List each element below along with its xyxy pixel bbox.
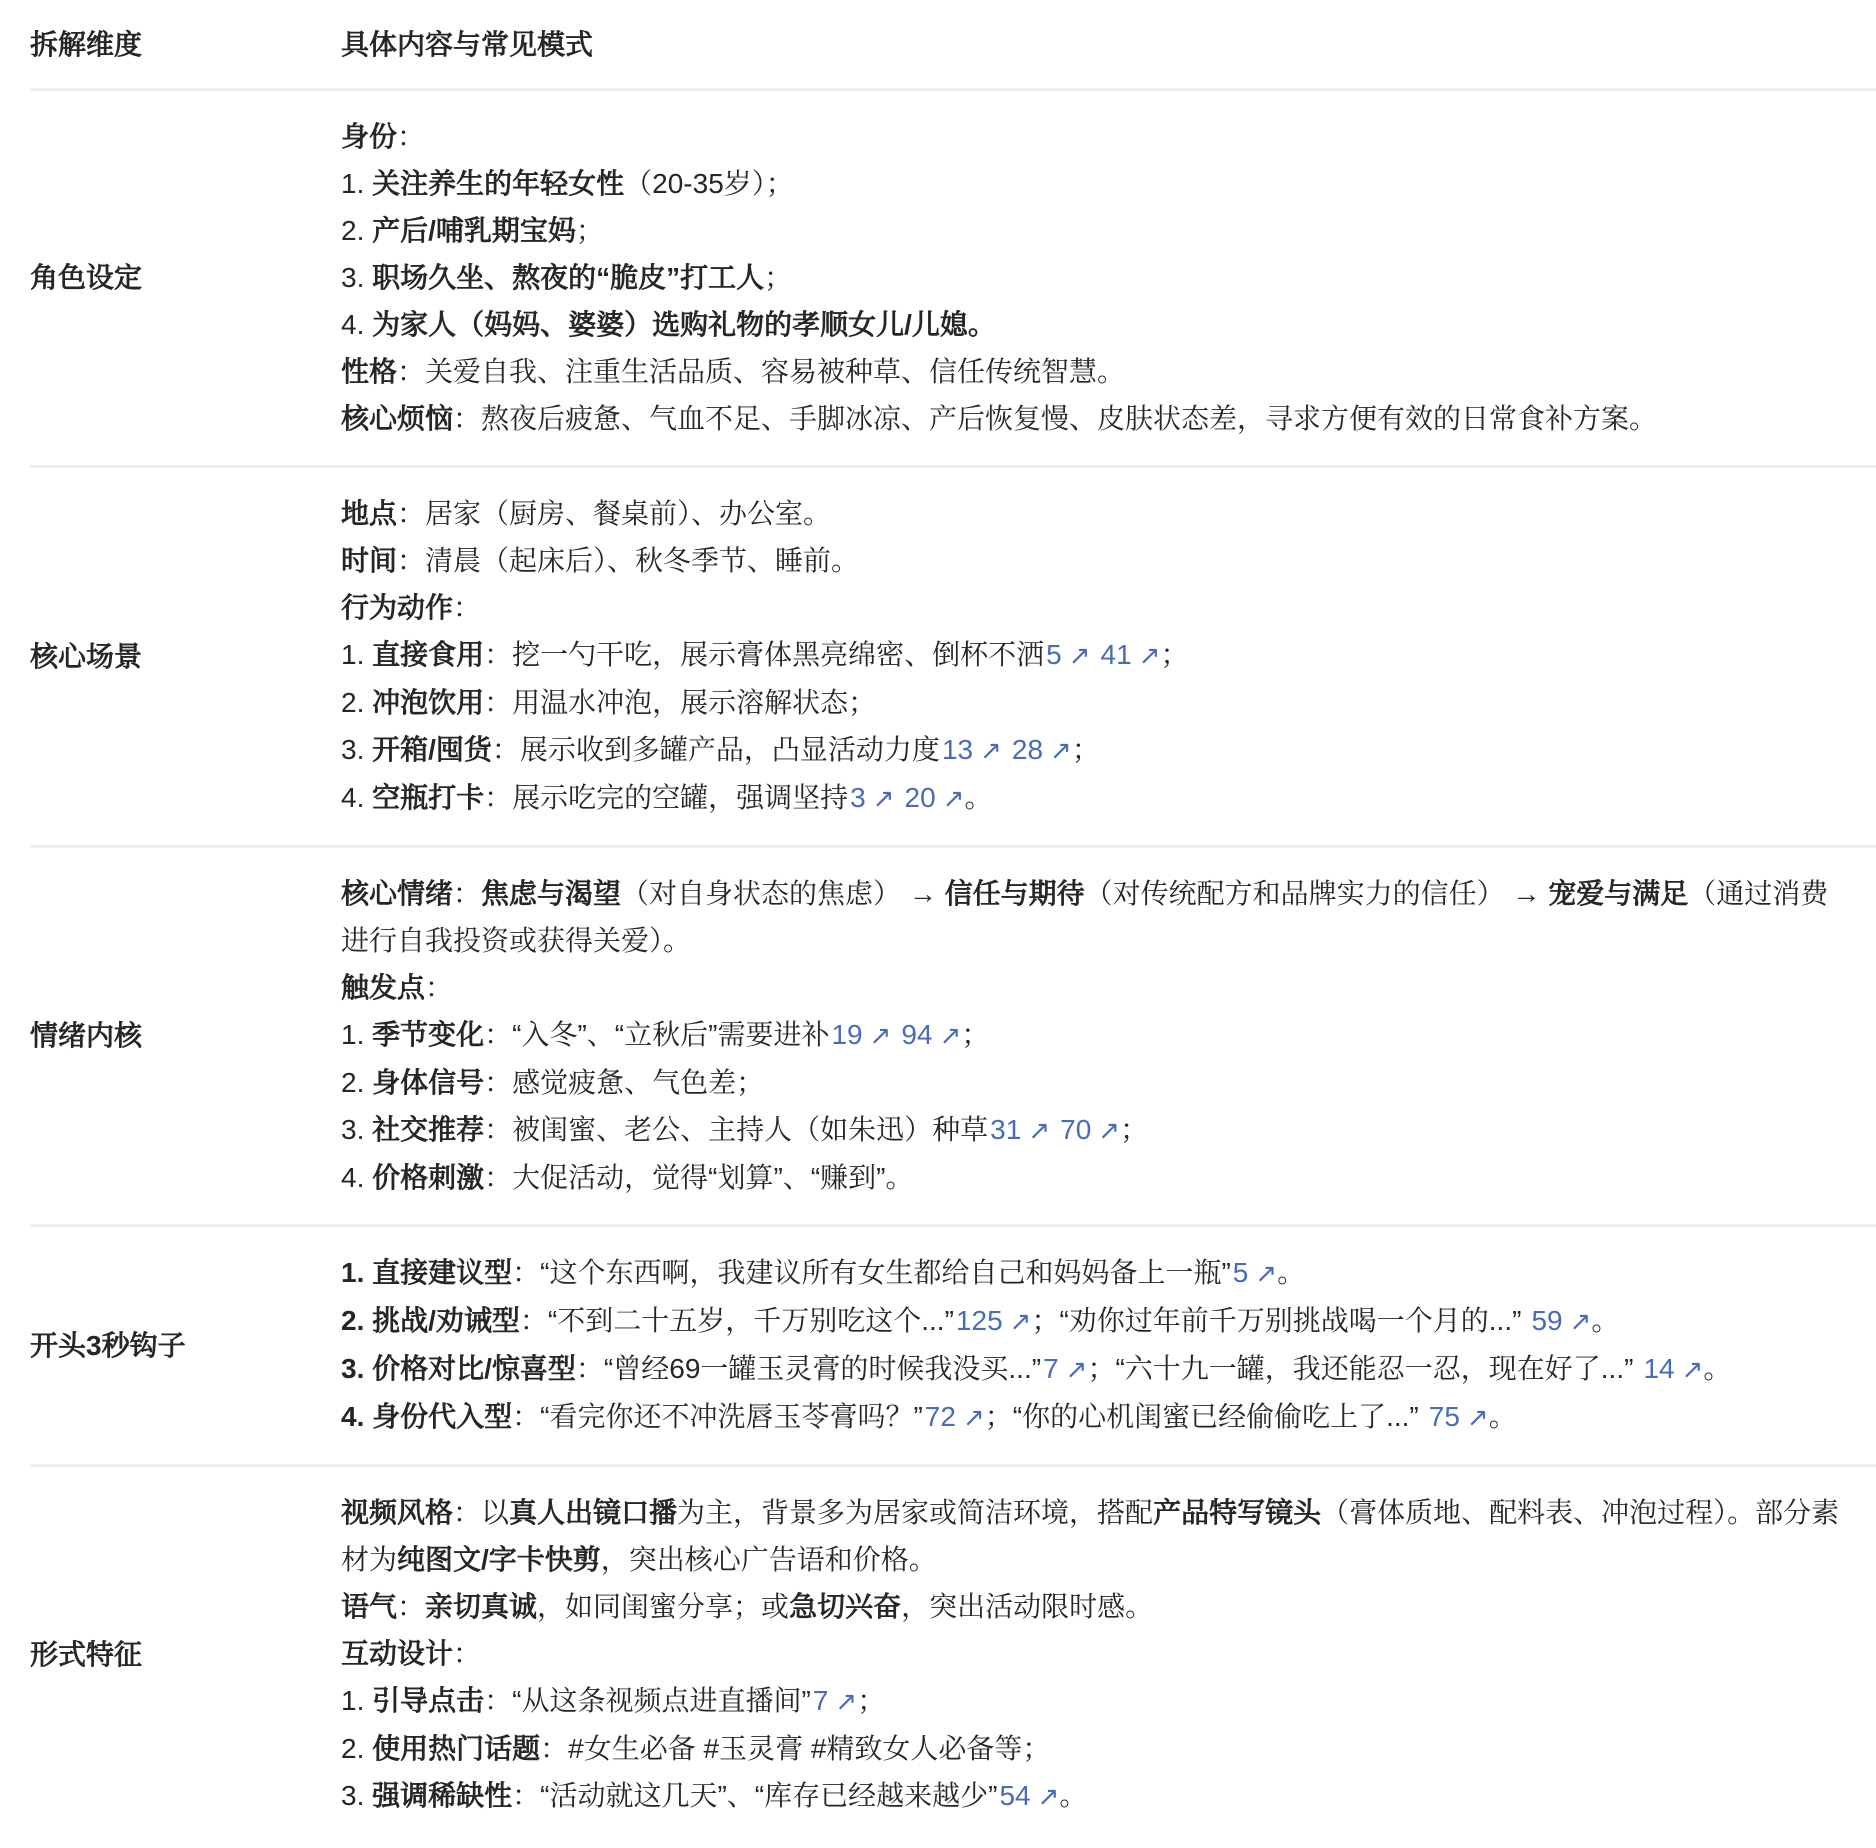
content-paragraph: 2. 挑战/劝诫型：“不到二十五岁，千万别吃这个...”125↗；“劝你过年前千… bbox=[341, 1297, 1846, 1345]
bold-term: 关注养生的年轻女性 bbox=[372, 168, 624, 199]
content-paragraph: 2. 冲泡饮用：用温水冲泡，展示溶解状态； bbox=[341, 679, 1846, 726]
external-link-arrow-icon: ↗ bbox=[1467, 1402, 1489, 1432]
external-link-arrow-icon: ↗ bbox=[1682, 1354, 1704, 1384]
citation-link[interactable]: 70↗ bbox=[1060, 1114, 1120, 1145]
bold-term: 强调稀缺性 bbox=[372, 1780, 512, 1811]
external-link-arrow-icon: ↗ bbox=[940, 1020, 962, 1050]
bold-term: 宠爱与满足 bbox=[1548, 878, 1688, 909]
citation-link[interactable]: 7↗ bbox=[813, 1685, 857, 1716]
table-row: 形式特征视频风格：以真人出镜口播为主，背景多为居家或简洁环境，搭配产品特写镜头（… bbox=[30, 1464, 1876, 1843]
external-link-arrow-icon: ↗ bbox=[1255, 1258, 1277, 1288]
citation-number: 28 bbox=[1012, 734, 1043, 765]
content-cell: 地点：居家（厨房、餐桌前）、办公室。时间：清晨（起床后）、秋冬季节、睡前。行为动… bbox=[341, 490, 1876, 822]
content-paragraph: 行为动作： bbox=[341, 584, 1846, 631]
bold-term: 产品特写镜头 bbox=[1153, 1497, 1321, 1528]
content-cell: 核心情绪：焦虑与渴望（对自身状态的焦虑） → 信任与期待（对传统配方和品牌实力的… bbox=[341, 870, 1876, 1201]
table-body: 角色设定身份：1. 关注养生的年轻女性（20-35岁）；2. 产后/哺乳期宝妈；… bbox=[0, 88, 1876, 1843]
external-link-arrow-icon: ↗ bbox=[1028, 1115, 1050, 1145]
table-row: 角色设定身份：1. 关注养生的年轻女性（20-35岁）；2. 产后/哺乳期宝妈；… bbox=[30, 88, 1876, 465]
bold-term: 直接食用 bbox=[372, 639, 484, 670]
external-link-arrow-icon: ↗ bbox=[873, 783, 895, 813]
external-link-arrow-icon: ↗ bbox=[1066, 1354, 1088, 1384]
citation-link[interactable]: 28↗ bbox=[1012, 734, 1072, 765]
bold-term: 急切兴奋 bbox=[789, 1591, 901, 1622]
content-cell: 1. 直接建议型：“这个东西啊，我建议所有女生都给自己和妈妈备上一瓶”5↗。2.… bbox=[341, 1249, 1876, 1441]
bold-term: 时间 bbox=[341, 545, 397, 576]
content-paragraph: 4. 价格刺激：大促活动，觉得“划算”、“赚到”。 bbox=[341, 1154, 1846, 1201]
citation-link[interactable]: 13↗ bbox=[942, 734, 1002, 765]
content-paragraph: 4. 身份代入型：“看完你还不冲洗唇玉苓膏吗？”72↗；“你的心机闺蜜已经偷偷吃… bbox=[341, 1393, 1846, 1441]
citation-number: 54 bbox=[999, 1780, 1030, 1811]
dimension-cell: 角色设定 bbox=[30, 113, 341, 442]
bold-term: 价格刺激 bbox=[372, 1162, 484, 1193]
citation-link[interactable]: 3↗ bbox=[850, 782, 894, 813]
bold-term: 视频风格 bbox=[341, 1497, 453, 1528]
table-row: 开头3秒钩子1. 直接建议型：“这个东西啊，我建议所有女生都给自己和妈妈备上一瓶… bbox=[30, 1224, 1876, 1464]
content-paragraph: 1. 直接食用：挖一勺干吃，展示膏体黑亮绵密、倒杯不洒5↗41↗； bbox=[341, 631, 1846, 679]
bold-term: 开箱/囤货 bbox=[372, 734, 492, 765]
bold-term: 季节变化 bbox=[372, 1019, 484, 1050]
bold-term: 引导点击 bbox=[372, 1685, 484, 1716]
column-header-dimension: 拆解维度 bbox=[30, 21, 341, 68]
citation-link[interactable]: 41↗ bbox=[1101, 639, 1161, 670]
citation-link[interactable]: 19↗ bbox=[831, 1019, 891, 1050]
bold-term: 亲切真诚 bbox=[425, 1591, 537, 1622]
citation-link[interactable]: 75↗ bbox=[1429, 1401, 1489, 1432]
bold-term: 互动设计 bbox=[341, 1638, 453, 1669]
dimension-label: 情绪内核 bbox=[30, 1012, 142, 1059]
citation-link[interactable]: 94↗ bbox=[901, 1019, 961, 1050]
content-cell: 身份：1. 关注养生的年轻女性（20-35岁）；2. 产后/哺乳期宝妈；3. 职… bbox=[341, 113, 1876, 442]
citation-number: 41 bbox=[1101, 639, 1132, 670]
bold-term: 性格 bbox=[341, 356, 397, 387]
content-paragraph: 触发点： bbox=[341, 964, 1846, 1011]
dimension-label: 角色设定 bbox=[30, 254, 142, 301]
bold-term: 语气 bbox=[341, 1591, 397, 1622]
bold-term: 焦虑与渴望 bbox=[481, 878, 621, 909]
bold-term: 2. 挑战/劝诫型 bbox=[341, 1305, 520, 1336]
content-paragraph: 核心烦恼：熬夜后疲惫、气血不足、手脚冰凉、产后恢复慢、皮肤状态差，寻求方便有效的… bbox=[341, 395, 1846, 442]
bold-term: 行为动作 bbox=[341, 592, 453, 623]
bold-term: 核心情绪 bbox=[341, 878, 453, 909]
content-paragraph: 4. 空瓶打卡：展示吃完的空罐，强调坚持3↗20↗。 bbox=[341, 774, 1846, 822]
dimension-cell: 开头3秒钩子 bbox=[30, 1249, 341, 1441]
bold-term: 职场久坐、熬夜的“脆皮”打工人 bbox=[372, 262, 764, 293]
citation-number: 14 bbox=[1643, 1353, 1674, 1384]
table-row: 情绪内核核心情绪：焦虑与渴望（对自身状态的焦虑） → 信任与期待（对传统配方和品… bbox=[30, 845, 1876, 1224]
bold-term: 核心烦恼 bbox=[341, 403, 453, 434]
content-paragraph: 身份： bbox=[341, 113, 1846, 160]
content-paragraph: 时间：清晨（起床后）、秋冬季节、睡前。 bbox=[341, 537, 1846, 584]
bold-term: 信任与期待 bbox=[945, 878, 1085, 909]
dimension-label: 开头3秒钩子 bbox=[30, 1322, 186, 1369]
external-link-arrow-icon: ↗ bbox=[1050, 735, 1072, 765]
citation-number: 20 bbox=[905, 782, 936, 813]
bold-term: 冲泡饮用 bbox=[372, 687, 484, 718]
bold-term: 触发点 bbox=[341, 972, 425, 1003]
content-paragraph: 2. 使用热门话题：#女生必备 #玉灵膏 #精致女人必备等； bbox=[341, 1725, 1846, 1772]
citation-number: 3 bbox=[850, 782, 866, 813]
bold-term: 地点 bbox=[341, 498, 397, 529]
content-cell: 视频风格：以真人出镜口播为主，背景多为居家或简洁环境，搭配产品特写镜头（膏体质地… bbox=[341, 1489, 1876, 1820]
content-paragraph: 3. 职场久坐、熬夜的“脆皮”打工人； bbox=[341, 254, 1846, 301]
content-paragraph: 视频风格：以真人出镜口播为主，背景多为居家或简洁环境，搭配产品特写镜头（膏体质地… bbox=[341, 1489, 1846, 1583]
citation-link[interactable]: 125↗ bbox=[956, 1305, 1032, 1336]
citation-link[interactable]: 20↗ bbox=[905, 782, 965, 813]
content-paragraph: 3. 强调稀缺性：“活动就这几天”、“库存已经越来越少”54↗。 bbox=[341, 1772, 1846, 1820]
citation-number: 13 bbox=[942, 734, 973, 765]
external-link-arrow-icon: ↗ bbox=[835, 1686, 857, 1716]
bold-term: 真人出镜口播 bbox=[509, 1497, 677, 1528]
bold-term: 3. 价格对比/惊喜型 bbox=[341, 1353, 576, 1384]
table-row: 核心场景地点：居家（厨房、餐桌前）、办公室。时间：清晨（起床后）、秋冬季节、睡前… bbox=[30, 465, 1876, 845]
citation-number: 31 bbox=[990, 1114, 1021, 1145]
dimension-cell: 核心场景 bbox=[30, 490, 341, 822]
bold-term: 身体信号 bbox=[372, 1067, 484, 1098]
external-link-arrow-icon: ↗ bbox=[1038, 1781, 1060, 1811]
external-link-arrow-icon: ↗ bbox=[1570, 1306, 1592, 1336]
column-header-content: 具体内容与常见模式 bbox=[341, 21, 1876, 68]
citation-number: 125 bbox=[956, 1305, 1003, 1336]
content-paragraph: 性格：关爱自我、注重生活品质、容易被种草、信任传统智慧。 bbox=[341, 348, 1846, 395]
external-link-arrow-icon: ↗ bbox=[1010, 1306, 1032, 1336]
dimension-cell: 形式特征 bbox=[30, 1489, 341, 1820]
content-paragraph: 2. 身体信号：感觉疲惫、气色差； bbox=[341, 1059, 1846, 1106]
content-paragraph: 地点：居家（厨房、餐桌前）、办公室。 bbox=[341, 490, 1846, 537]
content-paragraph: 2. 产后/哺乳期宝妈； bbox=[341, 207, 1846, 254]
citation-number: 59 bbox=[1531, 1305, 1562, 1336]
bold-term: 纯图文/字卡快剪 bbox=[397, 1544, 601, 1575]
external-link-arrow-icon: ↗ bbox=[1139, 640, 1161, 670]
dimension-cell: 情绪内核 bbox=[30, 870, 341, 1201]
content-paragraph: 核心情绪：焦虑与渴望（对自身状态的焦虑） → 信任与期待（对传统配方和品牌实力的… bbox=[341, 870, 1846, 964]
content-paragraph: 3. 价格对比/惊喜型：“曾经69一罐玉灵膏的时候我没买...”7↗；“六十九一… bbox=[341, 1345, 1846, 1393]
citation-link[interactable]: 5↗ bbox=[1233, 1257, 1277, 1288]
external-link-arrow-icon: ↗ bbox=[963, 1402, 985, 1432]
external-link-arrow-icon: ↗ bbox=[870, 1020, 892, 1050]
citation-link[interactable]: 72↗ bbox=[925, 1401, 985, 1432]
content-paragraph: 1. 引导点击：“从这条视频点进直播间”7↗； bbox=[341, 1677, 1846, 1725]
citation-link[interactable]: 59↗ bbox=[1531, 1305, 1591, 1336]
citation-number: 7 bbox=[1043, 1353, 1059, 1384]
citation-number: 72 bbox=[925, 1401, 956, 1432]
external-link-arrow-icon: ↗ bbox=[943, 783, 965, 813]
citation-link[interactable]: 7↗ bbox=[1043, 1353, 1087, 1384]
citation-number: 94 bbox=[901, 1019, 932, 1050]
citation-number: 7 bbox=[813, 1685, 829, 1716]
external-link-arrow-icon: ↗ bbox=[1098, 1115, 1120, 1145]
bold-term: 产后/哺乳期宝妈 bbox=[372, 215, 576, 246]
external-link-arrow-icon: ↗ bbox=[980, 735, 1002, 765]
citation-number: 5 bbox=[1046, 639, 1062, 670]
citation-link[interactable]: 5↗ bbox=[1046, 639, 1090, 670]
citation-link[interactable]: 14↗ bbox=[1643, 1353, 1703, 1384]
content-paragraph: 1. 直接建议型：“这个东西啊，我建议所有女生都给自己和妈妈备上一瓶”5↗。 bbox=[341, 1249, 1846, 1297]
citation-number: 5 bbox=[1233, 1257, 1249, 1288]
table-header-row: 拆解维度 具体内容与常见模式 bbox=[30, 0, 1876, 88]
content-paragraph: 3. 社交推荐：被闺蜜、老公、主持人（如朱迅）种草31↗70↗； bbox=[341, 1106, 1846, 1154]
bold-term: 空瓶打卡 bbox=[372, 782, 484, 813]
bold-term: 身份 bbox=[341, 121, 397, 152]
content-paragraph: 3. 开箱/囤货：展示收到多罐产品，凸显活动力度13↗28↗； bbox=[341, 726, 1846, 774]
bold-term: 4. 身份代入型 bbox=[341, 1401, 512, 1432]
content-paragraph: 1. 关注养生的年轻女性（20-35岁）； bbox=[341, 160, 1846, 207]
citation-number: 70 bbox=[1060, 1114, 1091, 1145]
citation-number: 75 bbox=[1429, 1401, 1460, 1432]
breakdown-table: 拆解维度 具体内容与常见模式 角色设定身份：1. 关注养生的年轻女性（20-35… bbox=[0, 0, 1876, 1843]
citation-number: 19 bbox=[831, 1019, 862, 1050]
content-paragraph: 4. 为家人（妈妈、婆婆）选购礼物的孝顺女儿/儿媳。 bbox=[341, 301, 1846, 348]
citation-link[interactable]: 54↗ bbox=[999, 1780, 1059, 1811]
content-paragraph: 1. 季节变化：“入冬”、“立秋后”需要进补19↗94↗； bbox=[341, 1011, 1846, 1059]
bold-term: 为家人（妈妈、婆婆）选购礼物的孝顺女儿/儿媳。 bbox=[372, 309, 996, 340]
bold-term: 1. 直接建议型 bbox=[341, 1257, 512, 1288]
bold-term: 使用热门话题 bbox=[372, 1733, 540, 1764]
dimension-label: 形式特征 bbox=[30, 1631, 142, 1678]
bold-term: 社交推荐 bbox=[372, 1114, 484, 1145]
citation-link[interactable]: 31↗ bbox=[990, 1114, 1050, 1145]
dimension-label: 核心场景 bbox=[30, 633, 142, 680]
external-link-arrow-icon: ↗ bbox=[1069, 640, 1091, 670]
content-paragraph: 语气：亲切真诚，如同闺蜜分享；或急切兴奋，突出活动限时感。 bbox=[341, 1583, 1846, 1630]
content-paragraph: 互动设计： bbox=[341, 1630, 1846, 1677]
